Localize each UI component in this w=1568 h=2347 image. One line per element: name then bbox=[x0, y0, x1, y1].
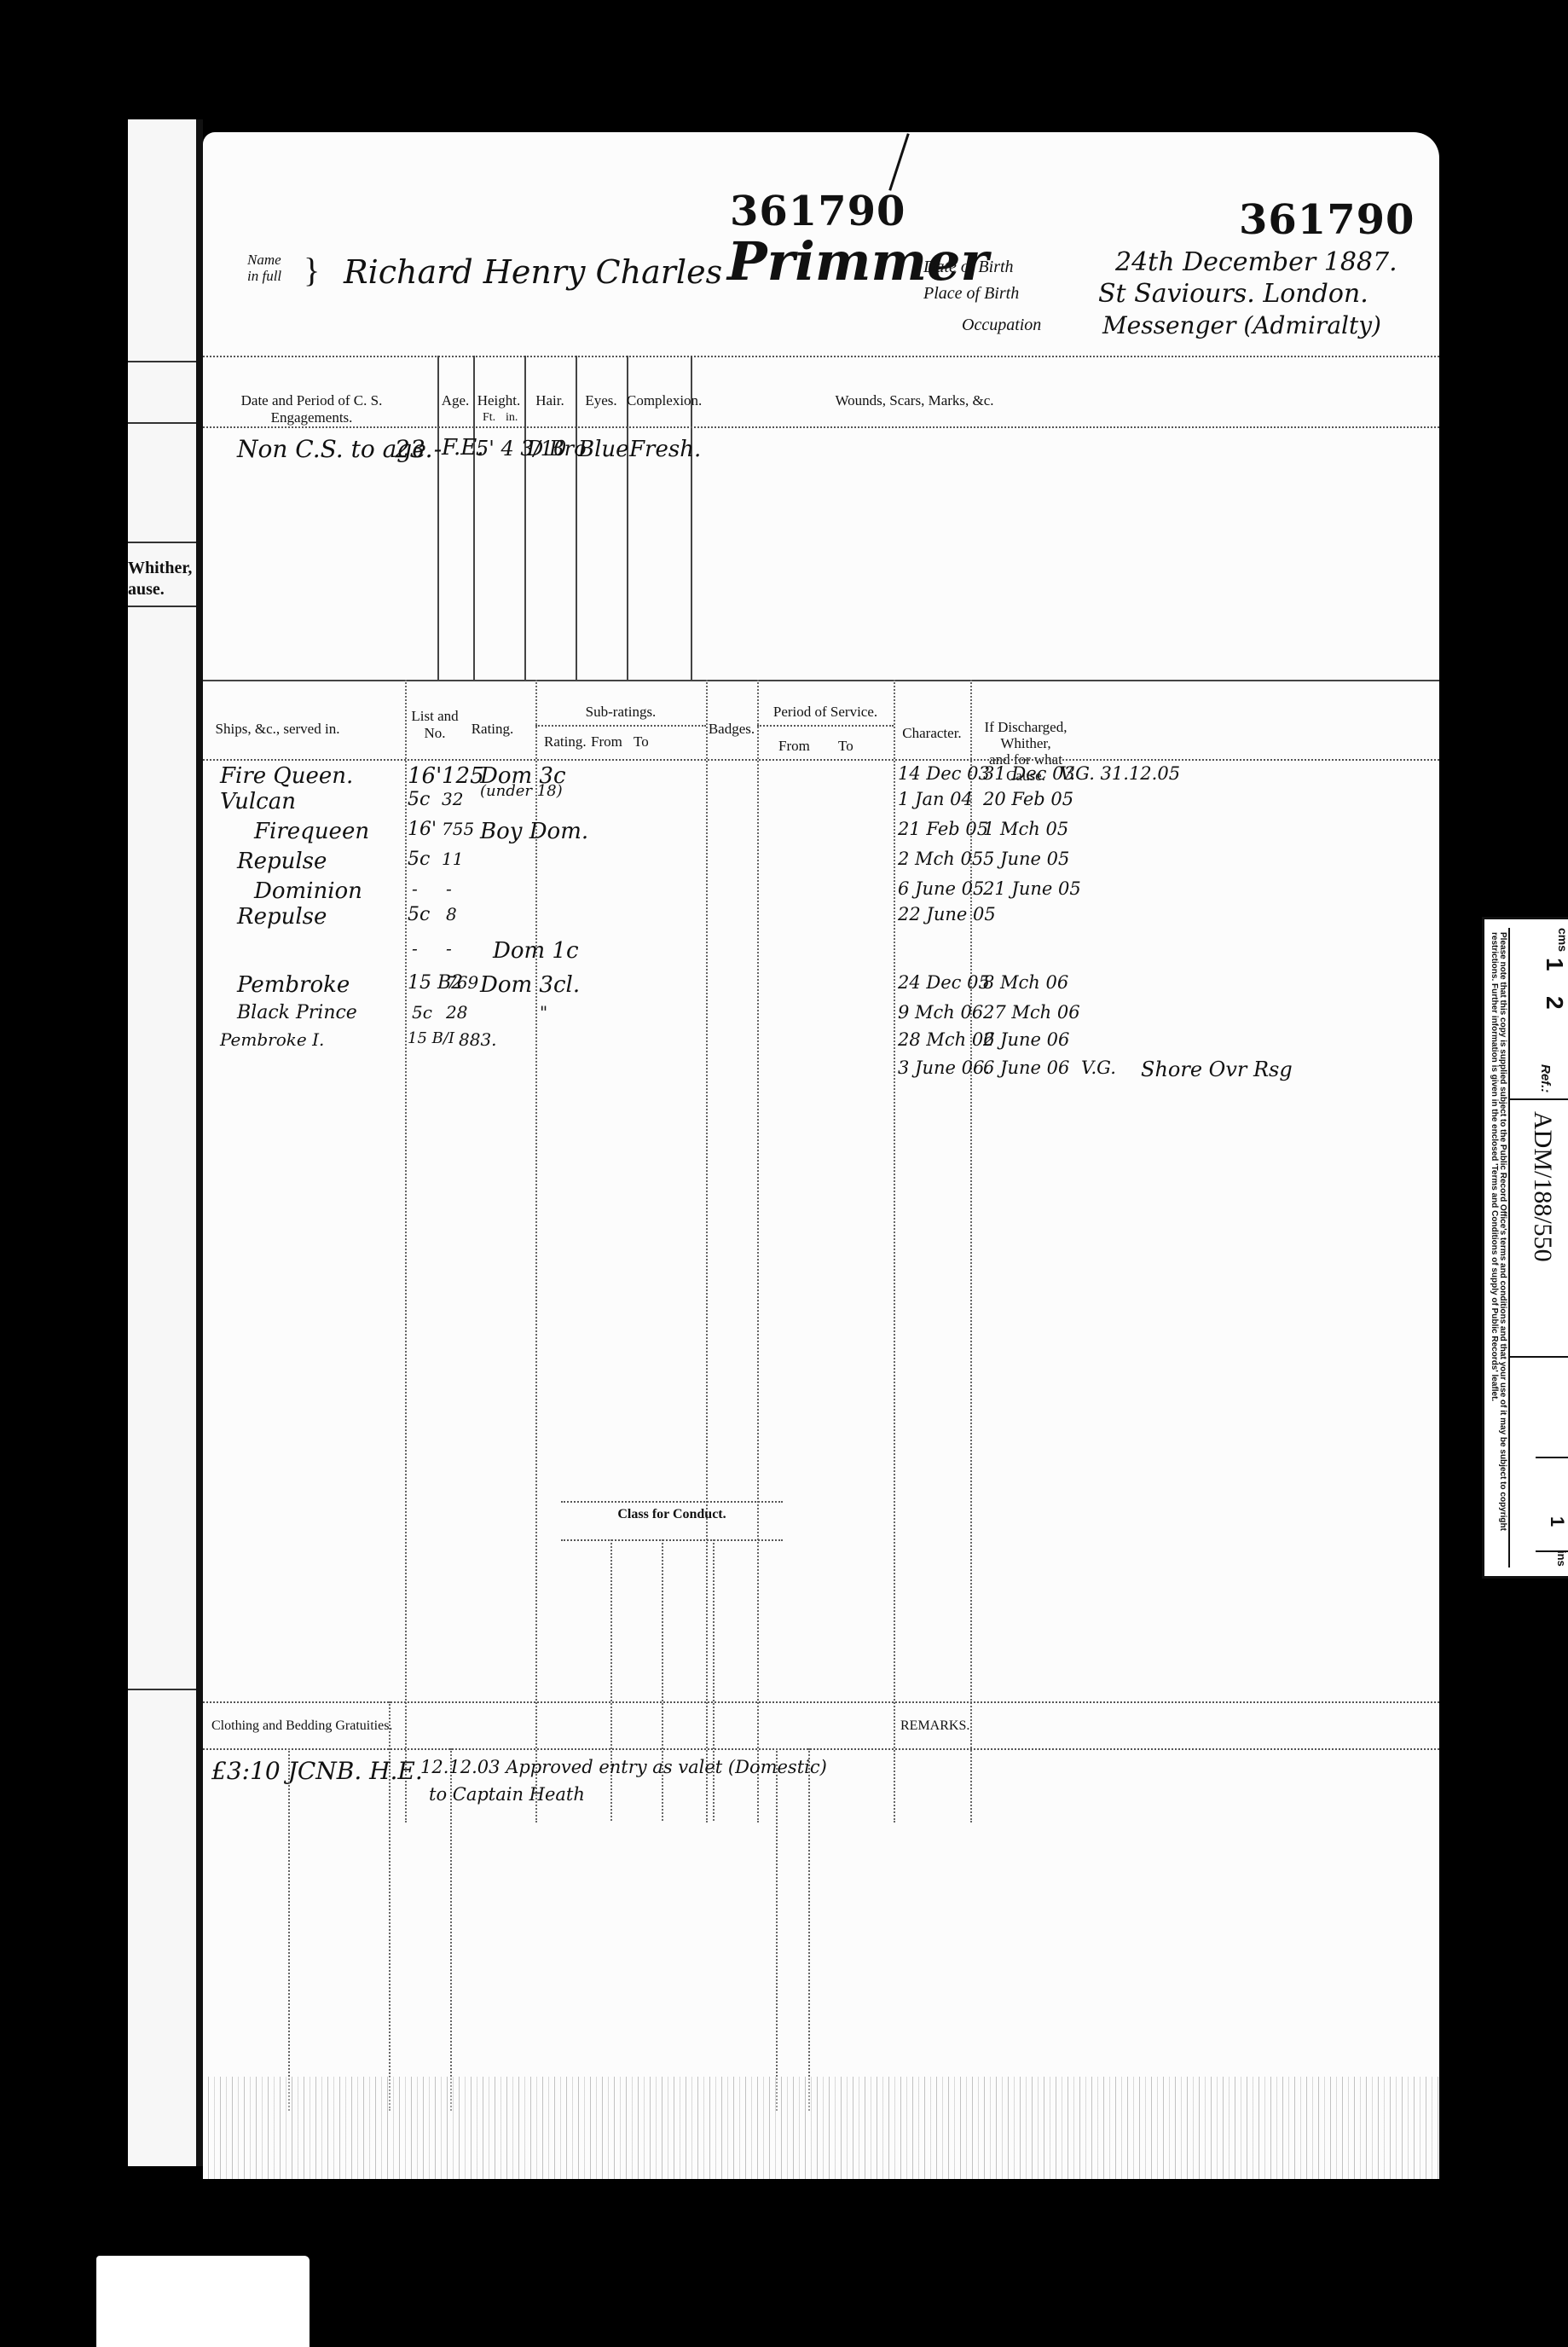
number: 769 bbox=[446, 972, 478, 993]
strip-fragment-2: ause. bbox=[128, 580, 196, 600]
header-wounds: Wounds, Scars, Marks, &c. bbox=[691, 392, 1138, 409]
header-sub-rating: Rating. bbox=[544, 733, 587, 750]
strip-rule bbox=[128, 542, 196, 543]
header-height-ft: Ft. bbox=[483, 411, 495, 425]
header-sub-to: To bbox=[634, 733, 649, 750]
list: 5c bbox=[408, 789, 430, 810]
number: - bbox=[446, 938, 452, 959]
date-of-birth-value: 24th December 1887. bbox=[1115, 247, 1397, 277]
period-from: 28 Mch 06 bbox=[898, 1029, 995, 1050]
period-from: 22 June 05 bbox=[898, 904, 996, 924]
period-to: 5 June 05 bbox=[983, 849, 1069, 869]
name-label-line2: in full bbox=[247, 268, 281, 284]
list: 5c bbox=[408, 904, 430, 925]
list: 16' bbox=[408, 763, 442, 789]
period-to: 8 Mch 06 bbox=[983, 972, 1068, 993]
header-period-of-service: Period of Service. bbox=[757, 704, 894, 721]
reference-number: ADM/188/550 bbox=[1528, 1111, 1557, 1262]
service-record-page: 361790 361790 Name in full } Richard Hen… bbox=[203, 132, 1439, 2179]
rule bbox=[561, 1539, 783, 1541]
complexion-value: Fresh. bbox=[629, 437, 701, 462]
rule bbox=[535, 725, 706, 727]
conduct-col-divider bbox=[610, 1539, 612, 1821]
serial-number-top: 361790 bbox=[730, 188, 906, 235]
remarks-line1: 12.12.03 Approved entry as valet (Domest… bbox=[420, 1757, 827, 1777]
period-from: 1 Jan 04 bbox=[898, 789, 973, 809]
header-hair: Hair. bbox=[524, 392, 576, 409]
period-to: 21 June 05 bbox=[983, 878, 1081, 899]
number: 11 bbox=[442, 849, 463, 869]
number: - bbox=[446, 878, 452, 899]
character: V.G. 31.12.05 bbox=[1060, 763, 1180, 784]
conduct-header: Class for Conduct. bbox=[561, 1507, 783, 1522]
ruler-ins-label: ins bbox=[1555, 1550, 1568, 1567]
header-sub-ratings: Sub-ratings. bbox=[535, 704, 706, 721]
rating: Boy Dom. bbox=[480, 819, 588, 844]
period-to: 2 June 06 bbox=[983, 1029, 1069, 1050]
period-to: 20 Feb 05 bbox=[983, 789, 1073, 809]
list: 5c bbox=[412, 1002, 432, 1023]
header-period-to: To bbox=[838, 738, 853, 755]
period-to: 1 Mch 05 bbox=[983, 819, 1068, 839]
ruler-tick bbox=[1536, 1457, 1568, 1458]
number: 8 bbox=[446, 904, 457, 924]
header-complexion: Complexion. bbox=[627, 392, 688, 409]
ship-name: Firequeen bbox=[254, 819, 369, 844]
header-eyes: Eyes. bbox=[576, 392, 627, 409]
paper-edge-noise bbox=[203, 2077, 1439, 2179]
strip-rule bbox=[128, 361, 196, 362]
discharged: Shore Ovr Rsg bbox=[1141, 1058, 1293, 1081]
rule bbox=[203, 356, 1439, 357]
list: - bbox=[412, 878, 418, 899]
eyes-value: Blue bbox=[578, 437, 629, 462]
remarks-line2: to Captain Heath bbox=[429, 1784, 585, 1805]
table-row: Black Prince 5c 28 " 9 Mch 06 27 Mch 06 bbox=[220, 1002, 1439, 1031]
period-to: 6 June 06 bbox=[983, 1058, 1069, 1078]
table-row: Pembroke I. 15 B/I 883. 28 Mch 06 2 June… bbox=[220, 1029, 1439, 1058]
ruler-cms-label: cms bbox=[1556, 928, 1568, 952]
ship-name: Fire Queen. bbox=[220, 763, 353, 789]
name-label: Name in full bbox=[247, 252, 281, 284]
place-of-birth-value: St Saviours. London. bbox=[1098, 279, 1368, 309]
ship-name: Dominion bbox=[254, 878, 362, 904]
table-row: Repulse 5c 8 22 June 05 bbox=[220, 904, 1439, 933]
list: - bbox=[412, 938, 418, 959]
ruler-mark-2: 2 bbox=[1541, 996, 1568, 1010]
number: 755 bbox=[442, 819, 474, 839]
rule bbox=[203, 759, 1439, 761]
archive-reference-stamp: cms 1 2 Ref.: ADM/188/550 Please note th… bbox=[1482, 917, 1568, 1579]
conduct-col-divider bbox=[662, 1539, 663, 1821]
character: V.G. bbox=[1081, 1058, 1116, 1078]
period-to: 27 Mch 06 bbox=[983, 1002, 1080, 1023]
strip-rule bbox=[128, 606, 196, 607]
rule bbox=[203, 1748, 1439, 1750]
header-discharged-line1: If Discharged, Whither, bbox=[970, 719, 1081, 751]
header-age: Age. bbox=[437, 392, 473, 409]
header-period: Date and Period of C. S. Engagements. bbox=[203, 392, 420, 426]
rule bbox=[203, 680, 1439, 681]
col-divider bbox=[288, 1748, 290, 2111]
list: 5c bbox=[408, 849, 430, 870]
pencil-mark bbox=[888, 133, 909, 191]
header-list-no: List and No. bbox=[405, 708, 465, 742]
ruler-inch-1: 1 bbox=[1546, 1516, 1568, 1527]
header-badges: Badges. bbox=[706, 721, 757, 738]
rating: " bbox=[540, 1002, 547, 1023]
period-from: 3 June 06. bbox=[898, 1058, 990, 1078]
given-names: Richard Henry Charles bbox=[344, 253, 722, 291]
col-divider bbox=[808, 1748, 810, 2111]
period-from: 2 Mch 05 bbox=[898, 849, 983, 869]
conduct-col-divider bbox=[713, 1539, 715, 1821]
rule bbox=[203, 426, 1439, 428]
header-height: Height. bbox=[473, 392, 524, 409]
header-period-from: From bbox=[778, 738, 810, 755]
rule bbox=[561, 1501, 783, 1503]
adjacent-page-strip: Whither, ause. bbox=[128, 119, 203, 2166]
ship-name: Repulse bbox=[237, 904, 327, 930]
header-ships: Ships, &c., served in. bbox=[203, 721, 352, 738]
header-rating: Rating. bbox=[465, 721, 520, 738]
occupation-value: Messenger (Admiralty) bbox=[1102, 311, 1381, 339]
number: 28 bbox=[446, 1002, 467, 1023]
remarks-header: REMARKS. bbox=[900, 1718, 969, 1734]
engagement-age-limit: 23. bbox=[395, 435, 433, 463]
period-from: 24 Dec 05 bbox=[898, 972, 990, 993]
table-row: Repulse 5c 11 2 Mch 05 5 June 05 bbox=[220, 849, 1439, 878]
place-of-birth-label: Place of Birth bbox=[923, 284, 1019, 304]
table-row: Dominion - - 6 June 05 21 June 05 bbox=[220, 878, 1439, 907]
gratuities-header: Clothing and Bedding Gratuities. bbox=[211, 1718, 392, 1734]
ship-name: Black Prince bbox=[237, 1002, 357, 1023]
ship-name: Vulcan bbox=[220, 789, 296, 814]
rating: (under 18) bbox=[480, 782, 563, 800]
ship-name: Repulse bbox=[237, 849, 327, 874]
gratuities-value: £3:10 JCNB. H.E. bbox=[211, 1757, 423, 1785]
ruler-mark-1: 1 bbox=[1541, 958, 1568, 971]
notice-line1: Please note that this copy is supplied s… bbox=[1498, 932, 1507, 1447]
header-sub-from: From bbox=[591, 733, 622, 750]
table-row: Vulcan 5c 32 (under 18) 1 Jan 04 20 Feb … bbox=[220, 789, 1439, 818]
brace: } bbox=[304, 250, 320, 290]
ref-label: Ref.: bbox=[1538, 1064, 1553, 1092]
header-height-in: in. bbox=[506, 411, 518, 425]
number: 125 bbox=[442, 763, 484, 789]
table-row: 3 June 06. 6 June 06 V.G. Shore Ovr Rsg bbox=[220, 1058, 1439, 1087]
strip-fragment-1: Whither, bbox=[128, 559, 196, 578]
ship-name: Pembroke I. bbox=[220, 1029, 324, 1050]
rating: Dom 1c bbox=[493, 938, 579, 964]
header-list-no-line2: No. bbox=[405, 725, 465, 742]
wounds-value bbox=[693, 435, 1137, 674]
period-from: 9 Mch 06 bbox=[898, 1002, 983, 1023]
col-divider bbox=[776, 1748, 778, 2111]
list: 16' bbox=[408, 819, 437, 840]
header-character: Character. bbox=[894, 725, 970, 742]
period-from: 6 June 05 bbox=[898, 878, 984, 899]
period-from: 14 Dec 03 bbox=[898, 763, 990, 784]
serial-number-right: 361790 bbox=[1239, 196, 1415, 244]
blank-label-area bbox=[96, 2256, 310, 2347]
period-from: 21 Feb 05 bbox=[898, 819, 988, 839]
number: 32 bbox=[442, 789, 463, 809]
strip-rule bbox=[128, 422, 196, 424]
number: 883. bbox=[459, 1029, 497, 1050]
list: 15 B/I bbox=[408, 1029, 454, 1047]
notice-line3: leaflet. bbox=[1490, 1375, 1499, 1402]
table-row: - - Dom 1c bbox=[220, 938, 1439, 967]
ship-name: Pembroke bbox=[237, 972, 350, 998]
occupation-label: Occupation bbox=[962, 316, 1041, 335]
table-row: Fire Queen. 16' 125 Dom 3c 14 Dec 03 31 … bbox=[220, 763, 1439, 792]
copyright-notice: Please note that this copy is supplied s… bbox=[1490, 932, 1507, 1563]
rule bbox=[757, 725, 894, 727]
strip-rule bbox=[128, 1689, 196, 1690]
date-of-birth-label: Date of Birth bbox=[923, 258, 1014, 277]
table-row: Firequeen 16' 755 Boy Dom. 21 Feb 05 1 M… bbox=[220, 819, 1439, 848]
header-list-no-line1: List and bbox=[405, 708, 465, 725]
rating: Dom 3cl. bbox=[480, 972, 580, 998]
name-label-line1: Name bbox=[247, 252, 281, 268]
table-row: Pembroke 15 B2 769 Dom 3cl. 24 Dec 05 8 … bbox=[220, 972, 1439, 1001]
